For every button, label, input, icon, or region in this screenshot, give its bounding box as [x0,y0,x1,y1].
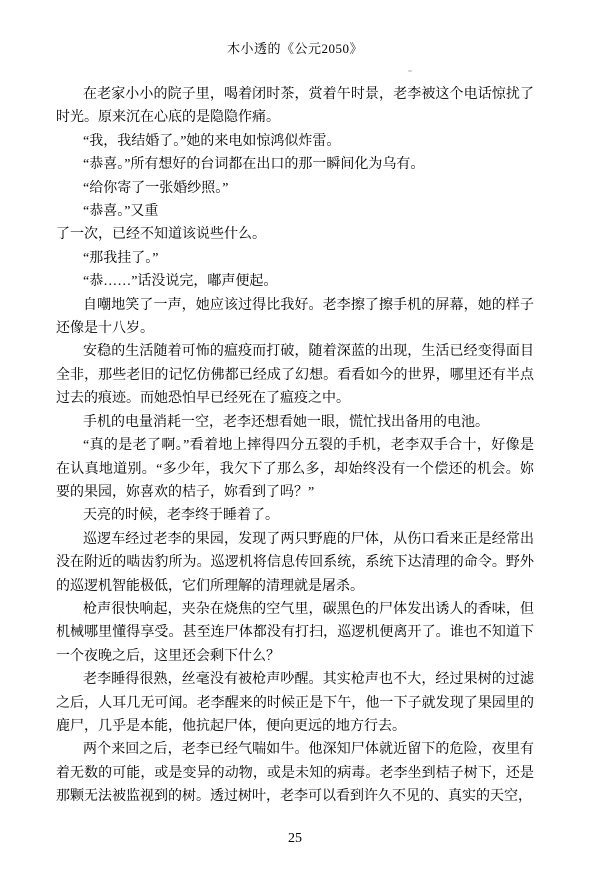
paragraph: “给你寄了一张婚纱照。” [56,177,534,200]
paragraph: “恭……”话没说完，嘟声便起。 [56,270,534,293]
paragraph: 自嘲地笑了一声，她应该过得比我好。老李擦了擦手机的屏幕，她的样子还像是十八岁。 [56,294,534,341]
paragraph: “那我挂了。” [56,247,534,270]
page-number: 25 [0,831,590,847]
page-header-title: 木小透的《公元2050》 [0,38,590,57]
paragraph: 巡逻车经过老李的果园，发现了两只野鹿的尸体，从伤口看来正是经常出没在附近的啮齿豹… [56,528,534,598]
paragraph: 天亮的时候，老李终于睡着了。 [56,504,534,527]
paragraph: “我，我结婚了。”她的来电如惊鸿似炸雷。 [56,130,534,153]
paragraph: 在老家小小的院子里，喝着闭时茶，赏着午时景，老李被这个电话惊扰了时光。原来沉在心… [56,83,534,130]
paragraph: 老李睡得很熟，丝毫没有被枪声吵醒。其实枪声也不大，经过果树的过滤之后，人耳几无可… [56,668,534,738]
paragraph: 两个来回之后，老李已经气喘如牛。他深知尸体就近留下的危险，夜里有着无数的可能，或… [56,738,534,808]
paragraph: “真的是老了啊。”看着地上摔得四分五裂的手机，老李双手合十，好像是在认真地道别。… [56,434,534,504]
paragraph: 手机的电量消耗一空，老李还想看她一眼，慌忙找出备用的电池。 [56,411,534,434]
paragraph-continuation: 了一次，已经不知道该说些什么。 [56,223,534,246]
document-page: 木小透的《公元2050》 - 在老家小小的院子里，喝着闭时茶，赏着午时景，老李被… [0,0,590,885]
paragraph: 枪声很快响起，夹杂在烧焦的空气里，碳黑色的尸体发出诱人的香味，但机械哪里懂得享受… [56,598,534,668]
paragraph: “恭喜。”所有想好的台词都在出口的那一瞬间化为乌有。 [56,153,534,176]
paragraph: 安稳的生活随着可怖的瘟疫而打破，随着深蓝的出现，生活已经变得面目全非，那些老旧的… [56,340,534,410]
stray-dash-mark: - [403,63,417,79]
body-text: 在老家小小的院子里，喝着闭时茶，赏着午时景，老李被这个电话惊扰了时光。原来沉在心… [56,83,534,809]
paragraph: “恭喜。”又重 [56,200,534,223]
